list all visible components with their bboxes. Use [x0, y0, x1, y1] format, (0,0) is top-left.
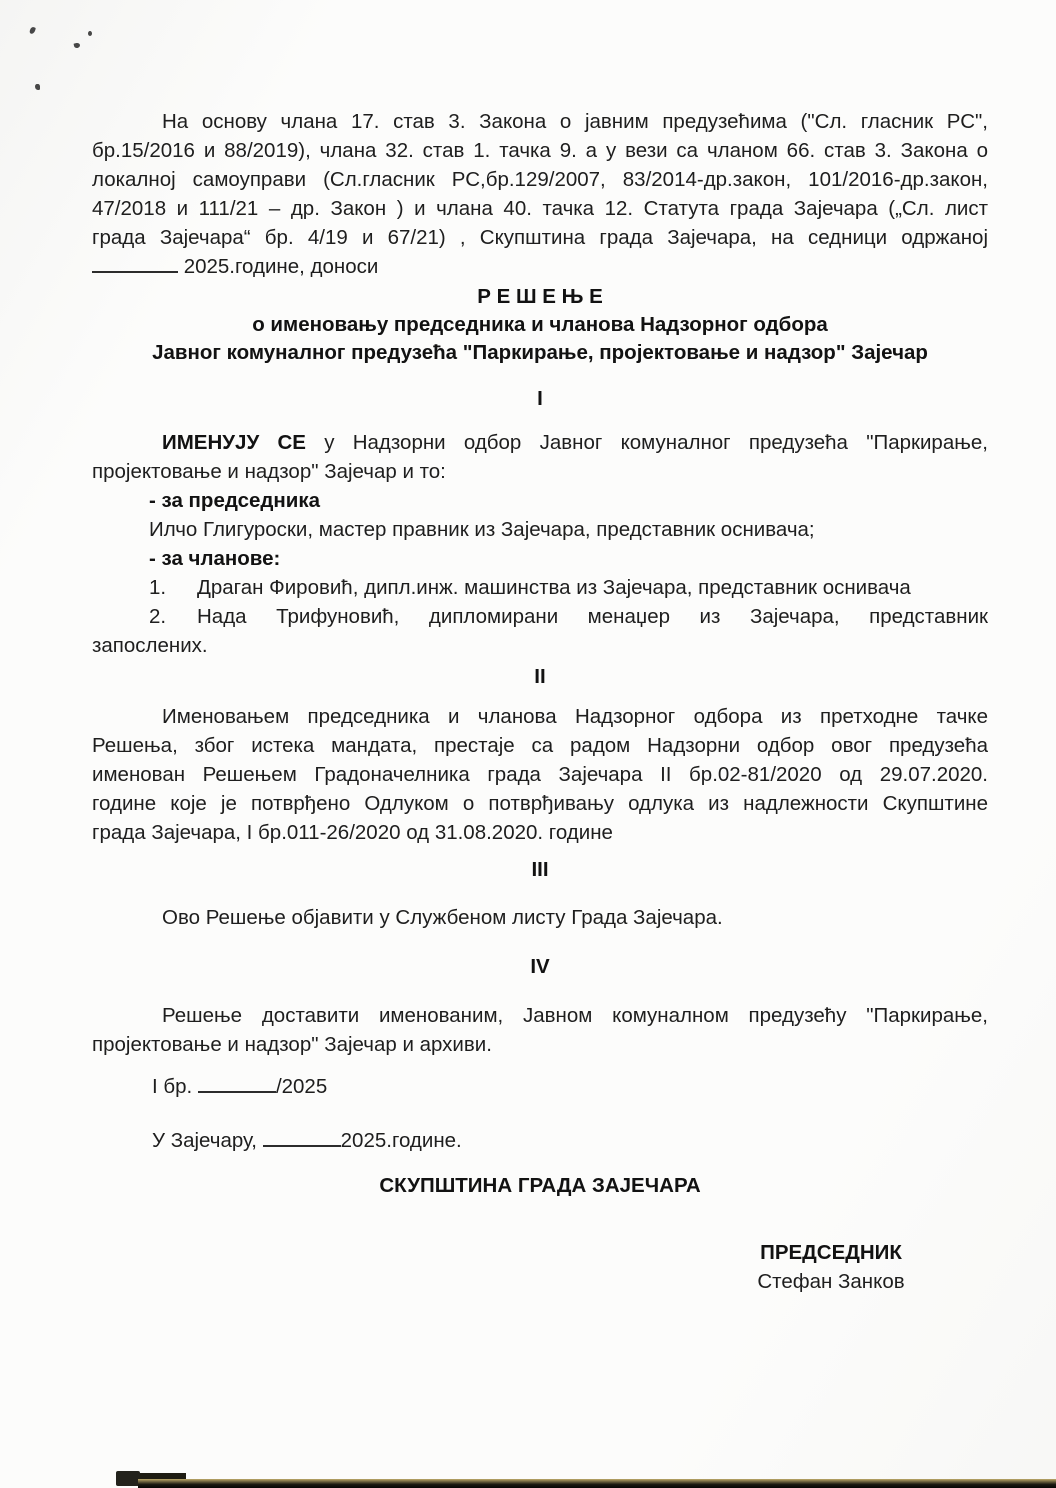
section-2-body: Именовањем председника и чланова Надзорн…	[92, 702, 988, 847]
intro-year-text: 2025.године, доноси	[184, 255, 379, 278]
blank-date-underline	[92, 252, 178, 273]
footer-number-line: I бр. /2025	[92, 1072, 988, 1101]
intro-date-line: 2025.године, доноси	[92, 252, 988, 281]
intro-line: града Зајечара“ бр. 4/19 и 67/21) , Скуп…	[92, 223, 988, 252]
ink-speck-1	[29, 26, 36, 34]
assembly-name: СКУПШТИНА ГРАДА ЗАЈЕЧАРА	[92, 1171, 988, 1200]
appointment-verb: ИМЕНУЈУ СЕ	[162, 431, 306, 454]
footer-place-suffix: 2025.године.	[341, 1129, 462, 1152]
intro-line: локалној самоуправи (Сл.гласник РС,бр.12…	[92, 165, 988, 194]
section-2-line: именован Решењем Градоначелника града За…	[92, 760, 988, 789]
blank-number-underline	[198, 1072, 276, 1093]
president-title: ПРЕДСЕДНИК	[700, 1238, 962, 1267]
section-2-line: Решења, због истека мандата, престаје са…	[92, 731, 988, 760]
section-2-line: Именовањем председника и чланова Надзорн…	[92, 702, 988, 731]
member-1-text: Драган Фировић, дипл.инж. машинства из З…	[197, 576, 911, 599]
member-entry-1: 1.Драган Фировић, дипл.инж. машинства из…	[92, 573, 988, 602]
ink-speck-3	[74, 42, 81, 48]
members-heading: - за чланове:	[92, 544, 988, 573]
section-4-line: пројектовање и надзор" Зајечар и архиви.	[92, 1030, 988, 1059]
scan-edge-bottom	[138, 1479, 1056, 1488]
footer-place-prefix: У Зајечару,	[152, 1129, 257, 1152]
footer-number-suffix: /2025	[276, 1075, 327, 1098]
footer-number-prefix: I бр.	[152, 1075, 192, 1098]
decision-subtitle: о именовању председника и чланова Надзор…	[92, 311, 988, 339]
scan-edge-mark	[116, 1471, 140, 1486]
member-entry-2-line-1: 2.Нада Трифуновић, дипломирани менаџер и…	[92, 602, 988, 631]
appointment-lead-rest: у Надзорни одбор Јавног комуналног преду…	[306, 431, 988, 454]
appointment-lead-line: пројектовање и надзор" Зајечар и то:	[92, 457, 988, 486]
intro-paragraph: На основу члана 17. став 3. Закона о јав…	[92, 107, 988, 281]
section-2-line: града Зајечара, I бр.011-26/2020 од 31.0…	[92, 818, 988, 847]
decision-title-block: Р Е Ш Е Њ Е о именовању председника и чл…	[92, 283, 988, 367]
section-3-body: Ово Решење објавити у Службеном листу Гр…	[92, 903, 988, 932]
section-1-body: ИМЕНУЈУ СЕ у Надзорни одбор Јавног комун…	[92, 428, 988, 660]
intro-line: На основу члана 17. став 3. Закона о јав…	[92, 107, 988, 136]
member-2-text: Нада Трифуновић, дипломирани менаџер из …	[197, 605, 988, 628]
member-1-number: 1.	[149, 573, 197, 602]
section-marker-1: I	[92, 384, 988, 413]
section-marker-3: III	[92, 855, 988, 884]
section-4-body: Решење доставити именованим, Јавном кому…	[92, 1001, 988, 1059]
signature-block: ПРЕДСЕДНИК Стефан Занков	[700, 1238, 962, 1296]
intro-line: 47/2018 и 111/21 – др. Закон ) и члана 4…	[92, 194, 988, 223]
blank-place-underline	[263, 1126, 341, 1147]
footer-place-line: У Зајечару, 2025.године.	[92, 1126, 988, 1155]
decision-subtitle-company: Јавног комуналног предузећа "Паркирање, …	[92, 339, 988, 367]
section-marker-2: II	[92, 662, 988, 691]
appointment-lead-line: ИМЕНУЈУ СЕ у Надзорни одбор Јавног комун…	[92, 428, 988, 457]
ink-speck-2	[88, 31, 92, 36]
chair-entry: Илчо Глигуроски, мастер правник из Зајеч…	[92, 515, 988, 544]
scanned-document-page: На основу члана 17. став 3. Закона о јав…	[0, 0, 1056, 1488]
ink-speck-4	[35, 84, 40, 90]
document-body: На основу члана 17. став 3. Закона о јав…	[92, 107, 988, 1200]
intro-line: бр.15/2016 и 88/2019), члана 32. став 1.…	[92, 136, 988, 165]
president-name: Стефан Занков	[700, 1267, 962, 1296]
section-2-line: године које је потврђено Одлуком о потвр…	[92, 789, 988, 818]
chair-heading: - за председника	[92, 486, 988, 515]
member-2-number: 2.	[149, 602, 197, 631]
member-entry-2-line-2: запослених.	[92, 631, 988, 660]
section-marker-4: IV	[92, 952, 988, 981]
decision-title: Р Е Ш Е Њ Е	[92, 283, 988, 311]
section-4-line: Решење доставити именованим, Јавном кому…	[92, 1001, 988, 1030]
